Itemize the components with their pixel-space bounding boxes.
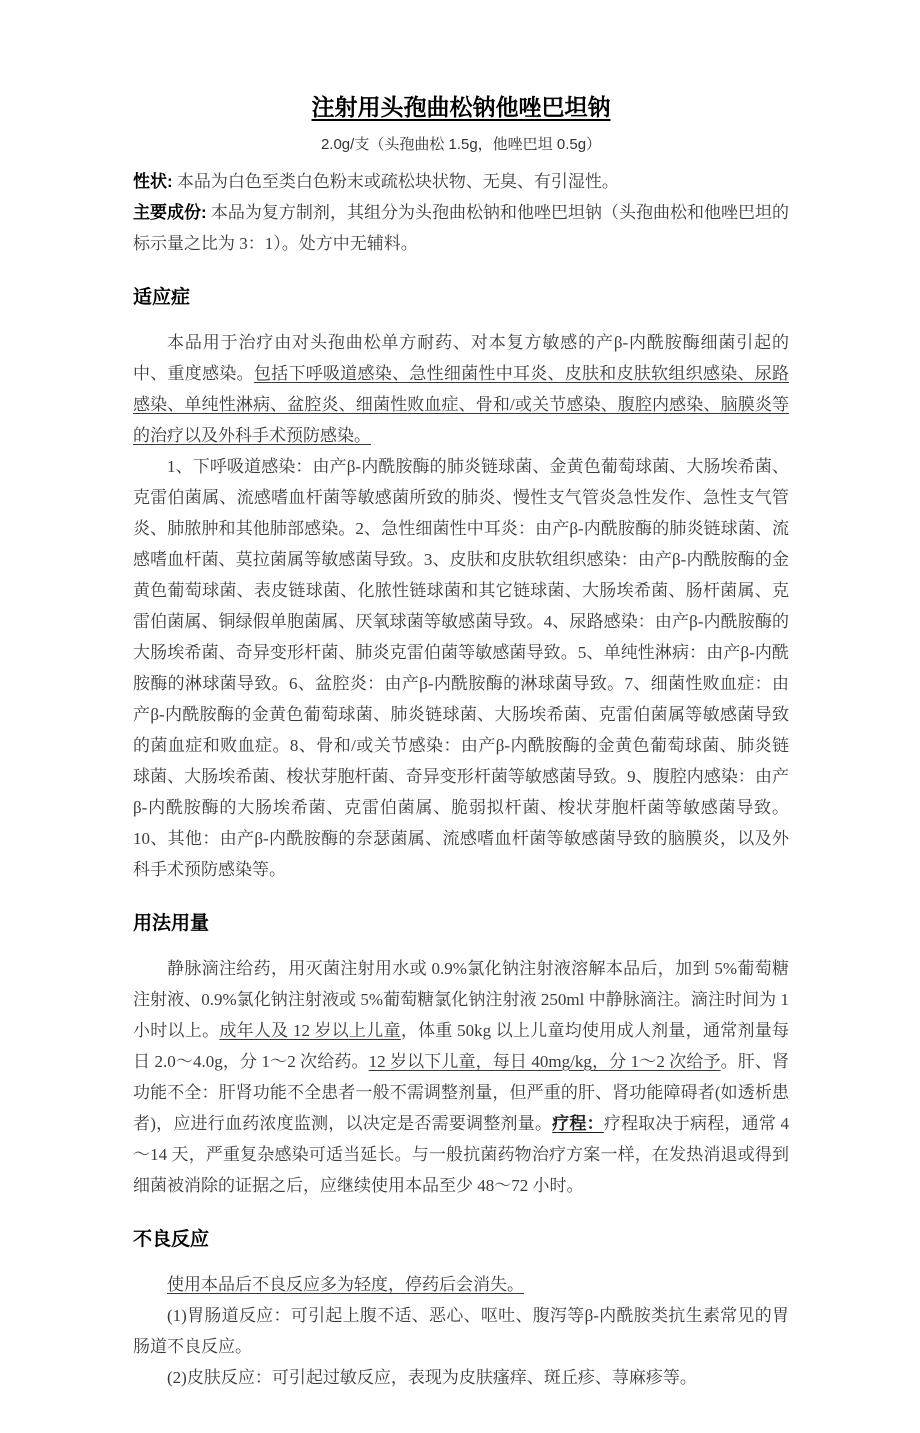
shiyingzheng-paragraph-1: 本品用于治疗由对头孢曲松单方耐药、对本复方敏感的产β-内酰胺酶细菌引起的中、重度… [133, 327, 789, 451]
section-heading-shiyingzheng: 适应症 [133, 286, 789, 310]
yongfa-paragraph: 静脉滴注给药，用灭菌注射用水或 0.9%氯化钠注射液溶解本品后，加到 5%葡萄糖… [133, 953, 789, 1201]
section-heading-yongfa: 用法用量 [133, 912, 789, 936]
drug-strength-subtitle: 2.0g/支（头孢曲松 1.5g，他唑巴坦 0.5g） [133, 134, 789, 156]
buliang-item-2: (2)皮肤反应：可引起过敏反应，表现为皮肤瘙痒、斑丘疹、荨麻疹等。 [133, 1362, 789, 1393]
buliang-item-1: (1)胃肠道反应：可引起上腹不适、恶心、呕吐、腹泻等β-内酰胺类抗生素常见的胃肠… [133, 1300, 789, 1362]
section-heading-buliang: 不良反应 [133, 1228, 789, 1252]
chengfen-label: 主要成份: [133, 203, 207, 222]
xingzhuang-paragraph: 性状: 本品为白色至类白色粉末或疏松块状物、无臭、有引湿性。 [133, 166, 789, 197]
chengfen-paragraph: 主要成份: 本品为复方制剂，其组分为头孢曲松钠和他唑巴坦钠（头孢曲松和他唑巴坦的… [133, 197, 789, 259]
buliang-intro-paragraph: 使用本品后不良反应多为轻度，停药后会消失。 [133, 1269, 789, 1300]
page-title-text: 注射用头孢曲松钠他唑巴坦钠 [312, 94, 611, 120]
buliang-intro-underlined-text: 使用本品后不良反应多为轻度，停药后会消失。 [167, 1275, 524, 1294]
document-page: 注射用头孢曲松钠他唑巴坦钠 2.0g/支（头孢曲松 1.5g，他唑巴坦 0.5g… [0, 0, 920, 1433]
xingzhuang-text: 本品为白色至类白色粉末或疏松块状物、无臭、有引湿性。 [173, 172, 619, 191]
chengfen-text: 本品为复方制剂，其组分为头孢曲松钠和他唑巴坦钠（头孢曲松和他唑巴坦的标示量之比为… [133, 203, 789, 253]
yongfa-adult-underlined-text: 成年人及 12 岁以上儿童 [219, 1021, 400, 1040]
yongfa-liaocheng-label: 疗程： [552, 1114, 604, 1133]
xingzhuang-label: 性状: [133, 172, 173, 191]
page-title: 注射用头孢曲松钠他唑巴坦钠 [133, 92, 789, 122]
yongfa-child-underlined-text: 12 岁以下儿童，每日 40mg/kg，分 1～2 次给予 [369, 1052, 721, 1071]
shiyingzheng-numbered-list-paragraph: 1、下呼吸道感染：由产β-内酰胺酶的肺炎链球菌、金黄色葡萄球菌、大肠埃希菌、克雷… [133, 451, 789, 885]
